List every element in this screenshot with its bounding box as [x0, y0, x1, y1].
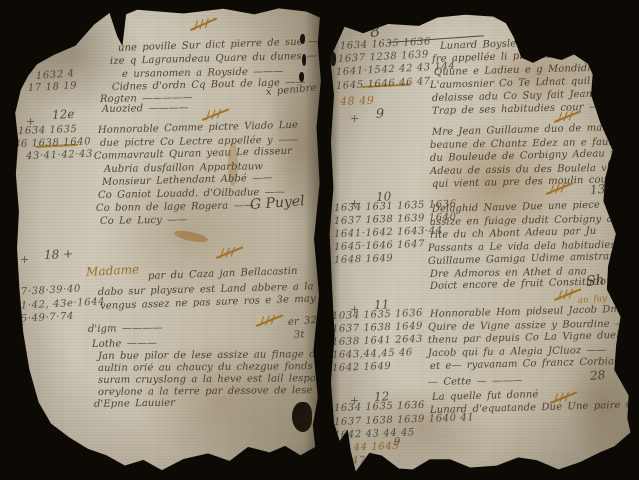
tally-mark: /// [219, 246, 237, 259]
section-number: 12e [52, 108, 75, 121]
manuscript-line: er 32 [288, 316, 318, 328]
margin-years: 1637 1638 1649 [332, 322, 423, 335]
manuscript-line: 3t [294, 330, 305, 341]
manuscript-line: suram cruyslong a la heve est lail lespa… [98, 374, 349, 386]
manuscript-line: due pictre Co Lectre appellée y —— [100, 136, 298, 149]
tally-mark: /// [193, 17, 211, 31]
manuscript-scan: /// une poville Sur dict pierre de sue —… [0, 0, 639, 480]
manuscript-line: an fuy [578, 294, 608, 305]
margin-years: 41·42, 43e·1644 [14, 297, 106, 312]
ochre-smudge [228, 142, 238, 186]
page-hole [299, 72, 304, 82]
paper-stain [104, 156, 274, 306]
margin-years: 1641·1542 42 43 144 [336, 62, 456, 78]
manuscript-line: fre appellée li pre Jud —— [432, 50, 578, 65]
section-cross: + [350, 113, 359, 124]
margin-years: 1634 1631 1635 1636 [334, 200, 457, 214]
manuscript-line: — Cette — ——— [428, 376, 523, 388]
manuscript-line: Honnorable Comme pictre Viado Lue [98, 121, 298, 136]
manuscript-line: aultin orié au chaucy du chezgue fonds 3… [98, 362, 360, 374]
margin-years: 37·38·39·40 [14, 284, 81, 297]
manuscript-line: Lunard Boysleau [440, 39, 529, 52]
manuscript-line: oreylone a la terre par dessove de lese … [98, 386, 338, 398]
margin-years: 1637 1638 1639 1640 [334, 213, 457, 227]
tally-mark: /// [557, 288, 575, 301]
manuscript-line: Madame [86, 263, 140, 278]
section-number: 10 [376, 190, 392, 203]
paper-stain [566, 342, 636, 462]
section-number: 18 + [44, 247, 74, 261]
section-cross: + [26, 116, 35, 127]
manuscript-line: Monsieur Lethendant Abbé —— [102, 174, 273, 188]
manuscript-line: Co bonn de lage Rogera —— [96, 201, 254, 214]
margin-years: 1645·1646 1647 [334, 240, 425, 253]
section-number: 9 [394, 438, 401, 448]
manuscript-line: d'igm ———— [88, 324, 163, 335]
section-cross: + [422, 12, 431, 23]
paper-stain [134, 336, 304, 466]
manuscript-line: x penibre [266, 84, 317, 98]
page-hole [608, 158, 618, 176]
manuscript-line: une poville Sur dict pierre de sue —— [118, 37, 329, 54]
manuscript-line: Quire de Vigne assize y Bourdine —— [428, 319, 635, 333]
manuscript-line: Jan bue pilor de lese assize au finage d… [98, 350, 370, 362]
manuscript-line: Co Le Lucy —— [100, 215, 188, 227]
manuscript-line: par du Caza jan Bellacastin [148, 267, 298, 282]
ochre-strike [36, 144, 78, 148]
manuscript-line: qui vient au pre des moulin cour —— [432, 175, 638, 190]
manuscript-line: delaisse adu Co Suy fait Jean [432, 90, 592, 104]
margin-years: 1643,44,45 46 [332, 348, 413, 361]
manuscript-line: Honnorable Hom pidseul Jacob Dme une [430, 304, 639, 320]
manuscript-line: e ursanomen a Royside ——— [122, 67, 284, 80]
manuscript-line: assize en fuiage dudit Corbigny au —— [430, 214, 639, 228]
ochre-smudge [173, 229, 208, 245]
ochre-strike [362, 83, 410, 88]
manuscript-line: Lunard d'equatande Due Une paire Corbign… [430, 399, 639, 416]
section-cross: + [350, 198, 359, 209]
margin-years: 1034 1635 1636 [332, 309, 423, 322]
manuscript-line: L'aumosnier Co Te Ldnat quil [430, 77, 591, 91]
margin-years: 43·41·42·43 [26, 150, 93, 162]
margin-years: 14 44 1645 [336, 442, 400, 454]
manuscript-line: Rogten ————— [100, 93, 193, 105]
margin-years: 1634 1635 1636 [334, 401, 425, 414]
margin-years: 1637 1638 1639 1640 41 [334, 413, 475, 428]
manuscript-line: thenu par depuis Co La Vigne duel —— [428, 330, 639, 346]
tally-mark: /// [205, 108, 223, 121]
manuscript-line: Aubria dusfaillon Apparbtauw [104, 162, 263, 175]
paper-stain [356, 382, 496, 472]
manuscript-line: Dre Admoros en Athet d ana [430, 267, 587, 280]
paper-stain [4, 0, 144, 116]
page-hole [330, 52, 336, 66]
margin-years: 48 49 [340, 95, 375, 107]
section-cross: + [350, 304, 359, 315]
spine-shadow [326, 12, 340, 474]
margin-years: 1634 1635 1636 [340, 37, 432, 52]
manuscript-line: Co Ganiot Louadd. d'Oilbadue —— [98, 188, 285, 201]
manuscript-line: Cidnes d'ordn Cq Bout de lage —— [112, 78, 306, 93]
margin-years: 1637 1238 1639 [338, 50, 430, 65]
margin-years: 1632 4 [36, 69, 75, 82]
section-number: 8 [369, 23, 381, 40]
tally-mark: /// [259, 314, 277, 327]
manuscript-line: Doict encore de fruit Constitution [430, 277, 613, 292]
manuscript-line: Lothe ——— [92, 339, 157, 350]
signature-flourish: Sh [585, 273, 605, 289]
margin-years: 1634 1635 [18, 125, 78, 137]
manuscript-line: La quelle fut donné [432, 390, 539, 403]
paper-stain [476, 32, 596, 112]
manuscript-line: Auozied ———— [102, 103, 189, 115]
page-hole [292, 402, 312, 432]
manuscript-line: d'Epne Lauuier [94, 399, 175, 410]
manuscript-line: dabo sur playsure est Land abbere a la —… [98, 282, 339, 298]
page-hole [302, 54, 306, 66]
margin-years: 45·49·7·74 [14, 312, 75, 325]
manuscript-line: Guillaume Gamiga Udime amistranchent [428, 251, 639, 267]
margin-years: 36 1638 1640 [14, 137, 91, 150]
manuscript-line: Adeau de assis du des Boulela ve [430, 164, 613, 177]
manuscript-line: Trap de ses habitudies cour —— [432, 102, 609, 117]
left-page: /// une poville Sur dict pierre de sue —… [14, 6, 322, 472]
margin-years: 1648 1649 [334, 254, 394, 266]
paper-stain [264, 66, 334, 226]
section-number: 13 [589, 183, 605, 196]
tally-mark: /// [557, 110, 575, 123]
spine-shadow [304, 6, 322, 472]
manuscript-line: Delaghid Nauve Due une piece de Vignes [432, 199, 639, 215]
manuscript-line: beaune de Chantz Edez an e faut bourge [430, 137, 639, 151]
signature-flourish: G Puyel [250, 194, 306, 212]
margin-years: 1645 1646 46 47 [336, 77, 431, 92]
manuscript-line: vengus assez ne pas sure ros e 3e may 16… [100, 293, 347, 312]
margin-years: 1642 43 44 45 [334, 428, 415, 441]
right-page: + 8 1634 1635 1636 1637 1238 1639 1641·1… [326, 12, 636, 474]
manuscript-line: rite du ch Abont Adeau par Ju [430, 227, 597, 241]
section-number: 11 [374, 298, 390, 311]
section-number: 28 [589, 369, 605, 382]
margin-years: 17 18 19 [28, 81, 78, 94]
margin-years: 1638 1641 2643 [332, 335, 423, 348]
margin-years: 1642 1649 [332, 362, 392, 374]
tally-mark: /// [549, 182, 567, 195]
manuscript-line: Jacob qui fu a Alegia JCluoz —— [428, 346, 607, 359]
manuscript-line: et e— ryavanam Co francz Corbiac —— [430, 356, 639, 372]
margin-years: 1641·1642 1643·44 [334, 226, 443, 240]
manuscript-line: ize q Lagraundeau Quare du dunes —— [110, 51, 327, 67]
tally-mark: /// [553, 391, 571, 404]
ink-rule [388, 35, 484, 43]
section-cross: + [350, 395, 359, 406]
section-cross: + [20, 254, 29, 265]
manuscript-line: Commavrault Quran yeau Le disseur [94, 147, 292, 162]
manuscript-line: du Bouleude de Corbigny Adeau par [430, 149, 628, 164]
section-number: 12 [374, 390, 390, 403]
paper-stain [420, 120, 570, 250]
section-number: 9 [376, 108, 385, 121]
manuscript-line: Mre Jean Guillaume duo de mariage [432, 123, 629, 138]
page-hole [300, 34, 305, 44]
manuscript-line: Quune e Ladieu e g Mondidm [434, 64, 597, 78]
margin-years: 1647 [338, 456, 366, 467]
manuscript-line: Passants a Le vida dela habitudies [428, 241, 616, 254]
